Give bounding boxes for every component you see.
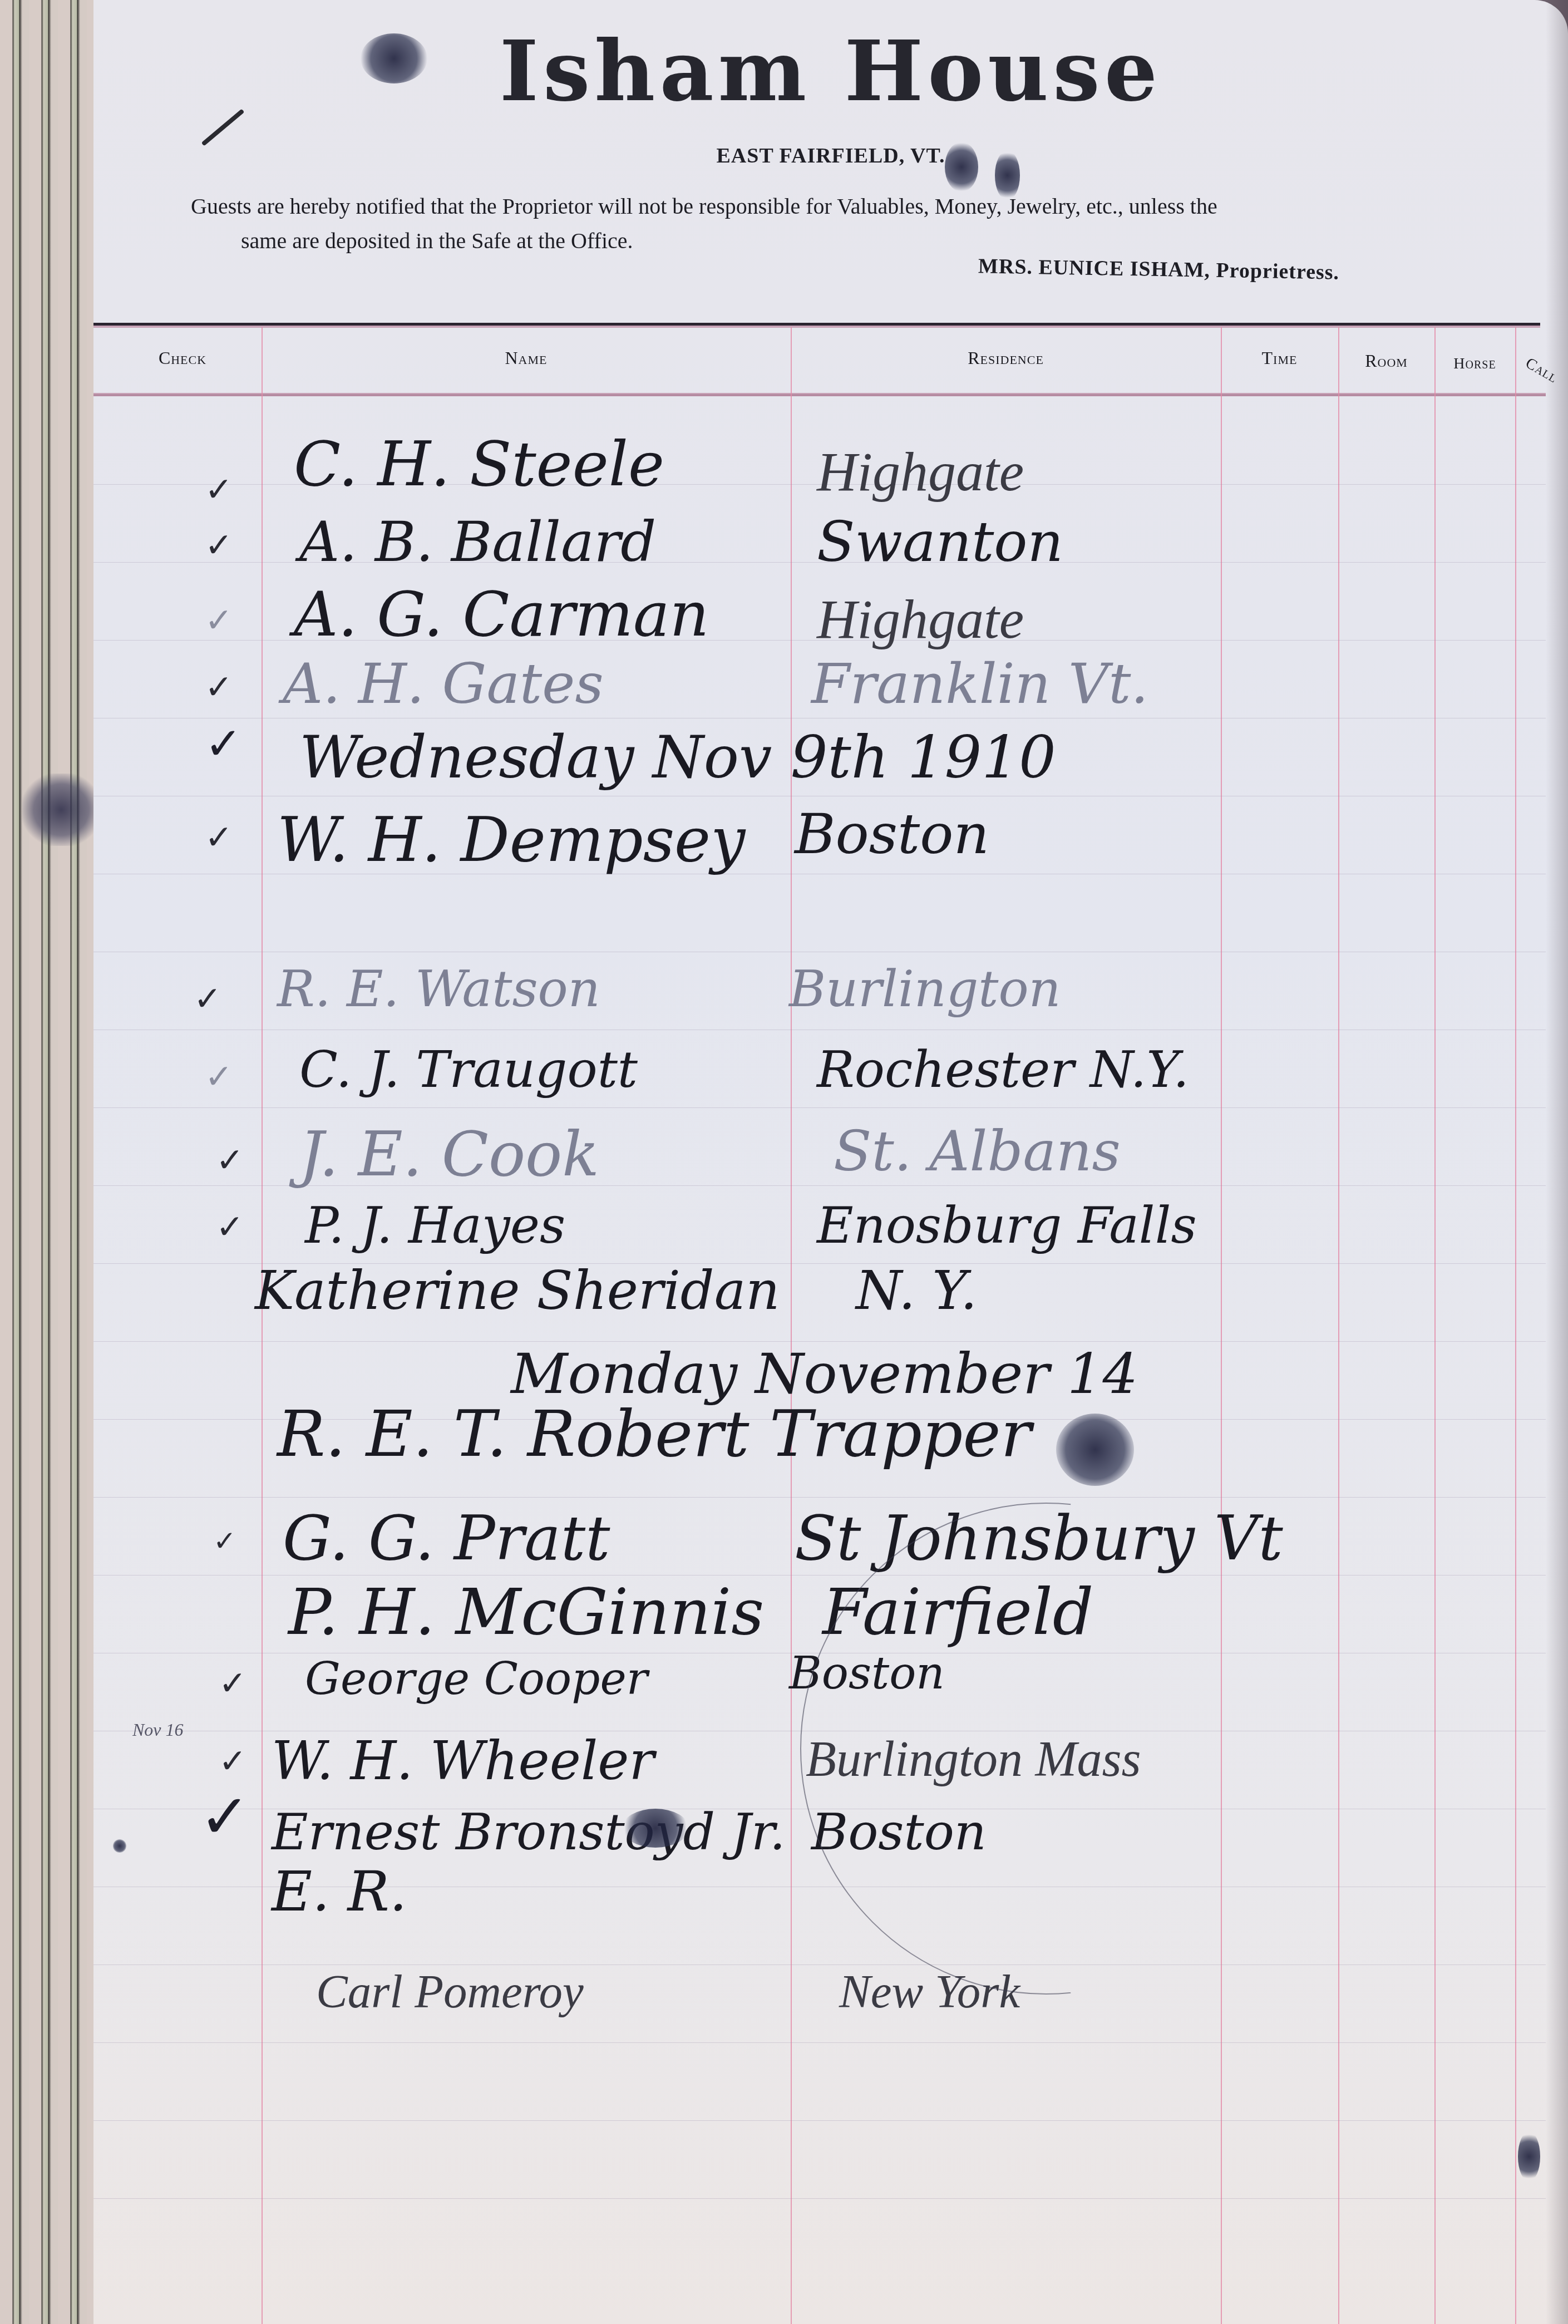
date-heading: Wednesday Nov 9th 1910	[299, 723, 1056, 791]
check-mark: ✓	[199, 1781, 250, 1852]
ink-stain	[22, 774, 100, 846]
hotel-name: Isham House	[93, 22, 1568, 120]
check-mark: ✓	[219, 1664, 246, 1703]
ink-blot	[113, 1839, 126, 1853]
guest-name: A. B. Ballard	[299, 509, 656, 574]
hotel-location: EAST FAIRFIELD, VT.	[93, 144, 1568, 168]
column-header-check: Check	[127, 348, 238, 368]
column-header-room: Room	[1338, 351, 1434, 371]
row-rule	[93, 2198, 1546, 2199]
column-header-name: Name	[262, 348, 791, 368]
guest-name: P. J. Hayes	[305, 1197, 565, 1255]
guest-residence: Rochester N.Y.	[817, 1041, 1189, 1099]
guest-name: R. E. Watson	[277, 960, 600, 1018]
guest-name: A. G. Carman	[294, 579, 709, 650]
guest-residence: Enosburg Falls	[817, 1197, 1197, 1255]
check-mark: ✓	[205, 718, 242, 770]
book-page-edges	[0, 0, 97, 2324]
guest-residence: Swanton	[817, 509, 1063, 574]
register-page: Isham House EAST FAIRFIELD, VT. Guests a…	[93, 0, 1568, 2324]
guest-residence: Highgate	[817, 440, 1024, 504]
notice-line-1: Guests are hereby notified that the Prop…	[191, 189, 1568, 224]
column-header-horse: Horse	[1434, 355, 1515, 373]
check-mark: ✓	[194, 979, 221, 1018]
row-rule	[93, 1107, 1546, 1108]
column-divider	[1338, 327, 1339, 2324]
check-mark: ✓	[205, 601, 233, 640]
check-mark: ✓	[205, 526, 233, 565]
column-divider	[791, 327, 792, 2324]
guest-residence: Highgate	[817, 587, 1024, 651]
guest-residence: Boston	[795, 801, 989, 866]
guest-name: C. J. Traugott	[299, 1041, 638, 1099]
margin-date-note: Nov 16	[132, 1720, 184, 1740]
header-rule-top	[93, 323, 1540, 328]
guest-residence: N. Y.	[856, 1261, 977, 1322]
guest-name: W. H. Wheeler	[272, 1731, 654, 1792]
row-rule	[93, 1964, 1546, 1965]
check-mark: ✓	[205, 1057, 233, 1096]
ink-blot	[622, 1809, 689, 1848]
row-rule	[93, 2120, 1546, 2121]
column-divider	[1515, 327, 1516, 2324]
guest-name: R. E. T. Robert Trapper	[277, 1397, 1031, 1471]
check-mark: ✓	[205, 668, 233, 707]
guest-residence: Franklin Vt.	[811, 651, 1148, 716]
guest-residence: St. Albans	[834, 1119, 1121, 1184]
row-rule	[93, 952, 1546, 952]
check-mark: ✓	[213, 1525, 236, 1557]
ink-blot	[1518, 2131, 1540, 2182]
column-header-residence: Residence	[791, 348, 1221, 368]
guest-name: Carl Pomeroy	[316, 1964, 584, 2019]
proprietress-name: MRS. EUNICE ISHAM, Proprietress.	[978, 254, 1340, 284]
column-divider	[1434, 327, 1436, 2324]
column-header-time: Time	[1221, 348, 1338, 368]
guest-name: J. E. Cook	[299, 1119, 599, 1190]
guest-name: George Cooper	[305, 1653, 648, 1705]
guest-residence: Burlington	[789, 960, 1061, 1018]
check-mark: ✓	[216, 1208, 244, 1247]
guest-name: C. H. Steele	[294, 429, 664, 500]
check-mark: ✓	[216, 1141, 244, 1180]
check-mark: ✓	[205, 818, 233, 857]
row-rule	[93, 718, 1546, 718]
guest-name: G. G. Pratt	[283, 1503, 610, 1574]
guest-name: Katherine Sheridan	[255, 1261, 780, 1322]
header-rule-bottom	[93, 393, 1546, 396]
row-rule	[93, 796, 1546, 796]
guest-name: P. H. McGinnis	[288, 1575, 764, 1650]
check-mark: ✓	[219, 1742, 246, 1781]
column-header-call: Call	[1514, 349, 1568, 391]
guest-name: W. H. Dempsey	[277, 804, 745, 875]
safe-notice: Guests are hereby notified that the Prop…	[191, 189, 1568, 258]
check-mark: ✓	[205, 470, 233, 509]
row-rule	[93, 1497, 1546, 1498]
row-rule	[93, 1030, 1546, 1030]
column-divider	[1221, 327, 1222, 2324]
guest-name: Ernest Bronstoyd Jr.	[272, 1803, 786, 1862]
row-rule	[93, 2042, 1546, 2043]
notice-line-2: same are deposited in the Safe at the Of…	[191, 224, 1568, 258]
ink-blot	[1056, 1414, 1134, 1486]
column-divider	[262, 327, 263, 2324]
guest-name: A. H. Gates	[283, 651, 604, 716]
guest-initials: E. R.	[272, 1859, 407, 1924]
